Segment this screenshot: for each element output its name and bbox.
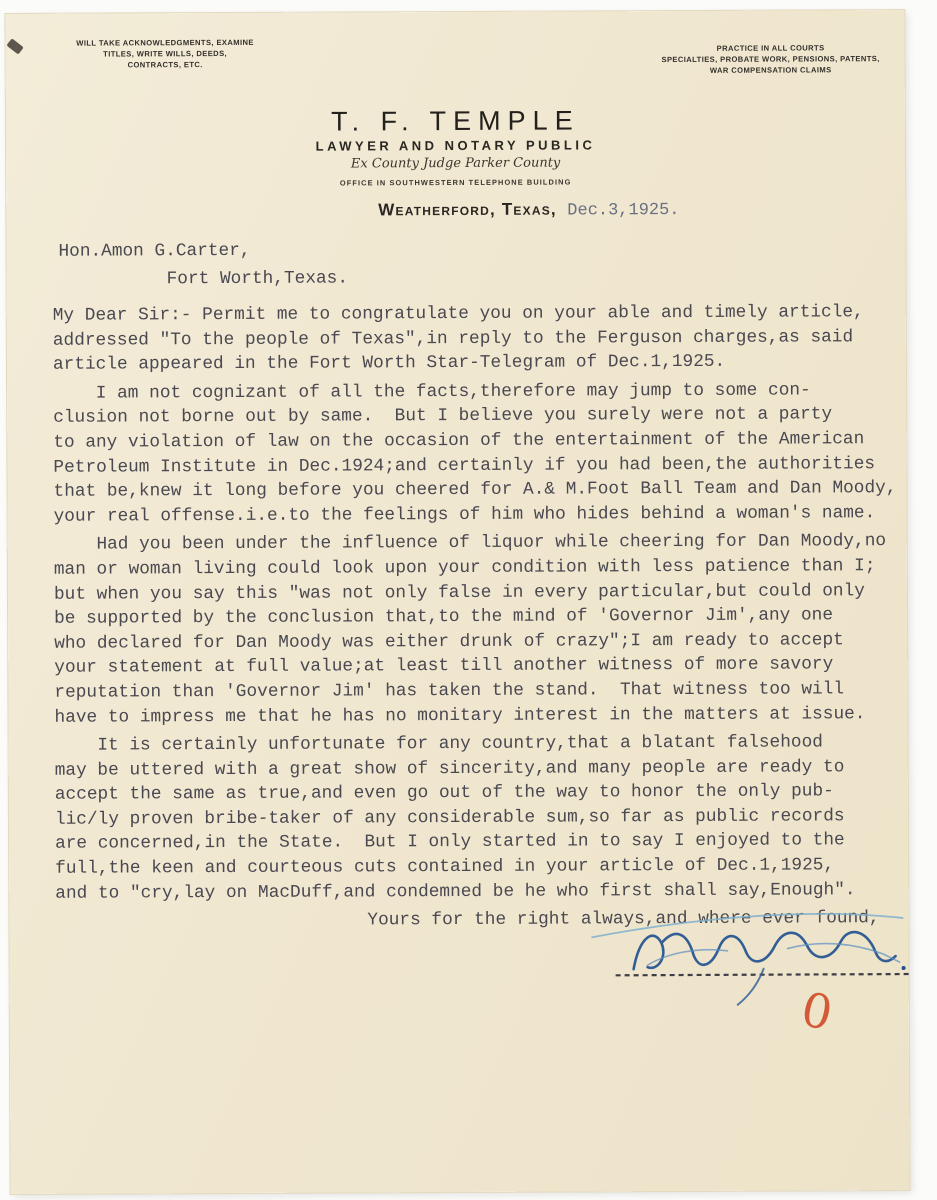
letterhead-left-line: WILL TAKE ACKNOWLEDGMENTS, EXAMINE (58, 37, 273, 49)
paragraph: Had you been under the influence of liqu… (54, 529, 915, 730)
letterhead-left-line: TITLES, WRITE WILLS, DEEDS, (58, 48, 273, 60)
dateline: Weatherford, Texas, Dec.3,1925. (378, 199, 679, 221)
letterhead-right-line: WAR COMPENSATION CLAIMS (646, 64, 896, 76)
letterhead-office-line: OFFICE IN SOUTHWESTERN TELEPHONE BUILDIN… (6, 176, 905, 189)
letterhead-right-line: SPECIALTIES, PROBATE WORK, PENSIONS, PAT… (646, 53, 896, 65)
signature-block (587, 902, 912, 1011)
paragraph: I am not cognizant of all the facts,ther… (53, 378, 914, 529)
typed-date: Dec.3,1925. (567, 201, 679, 220)
paragraph: It is certainly unfortunate for any coun… (55, 730, 916, 906)
letterhead-subtitle: Ex County Judge Parker County (6, 154, 905, 173)
scan-corner-mark (6, 38, 23, 54)
letterhead-left-line: CONTRACTS, ETC. (58, 59, 273, 71)
letter-body: My Dear Sir:- Permit me to congratulate … (53, 300, 916, 939)
recipient-name: Hon.Amon G.Carter, (58, 241, 250, 262)
letterhead-services-right: PRACTICE IN ALL COURTS SPECIALTIES, PROB… (646, 42, 896, 76)
recipient-city: Fort Worth,Texas. (167, 268, 348, 289)
letterhead-city: Weatherford, Texas, (378, 200, 557, 220)
letterhead-profession: LAWYER AND NOTARY PUBLIC (6, 136, 905, 155)
signature-handwriting (587, 902, 912, 1011)
paragraph: My Dear Sir:- Permit me to congratulate … (53, 300, 913, 378)
letterhead-services-left: WILL TAKE ACKNOWLEDGMENTS, EXAMINE TITLE… (58, 37, 273, 71)
letter-paper: WILL TAKE ACKNOWLEDGMENTS, EXAMINE TITLE… (5, 10, 909, 1194)
letterhead-name: T. F. TEMPLE (6, 104, 905, 139)
